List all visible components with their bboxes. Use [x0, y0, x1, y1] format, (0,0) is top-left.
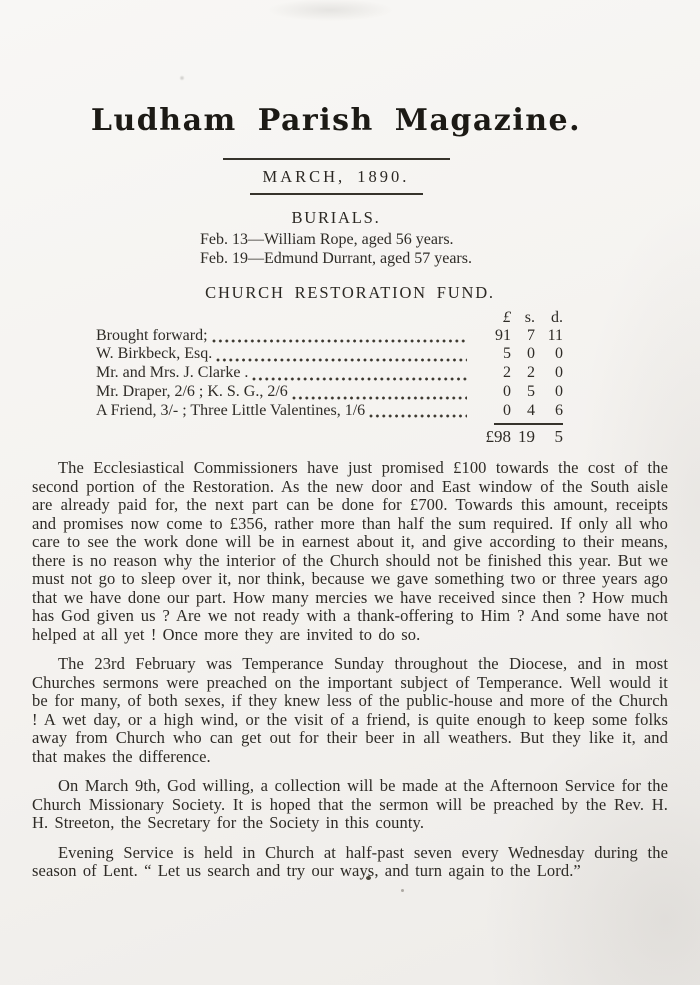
fund-row-pounds: 0 [477, 402, 511, 421]
ink-dot-artifact [366, 876, 371, 880]
fund-row-label: Mr. Draper, 2/6 ; K. S. G., 2/6 [96, 383, 288, 402]
masthead-rule-bottom [250, 193, 423, 195]
fund-row-label: Brought forward; [96, 327, 208, 346]
paragraph-restoration: The Ecclesiastical Commissioners have ju… [32, 459, 668, 644]
fund-table-row: Mr. Draper, 2/6 ; K. S. G., 2/6 0 5 0 [96, 383, 563, 402]
fund-row-shillings: 0 [511, 345, 535, 364]
fund-row-shillings: 7 [511, 327, 535, 346]
restoration-fund-table: £ s. d. Brought forward; 91 7 11 W. Birk… [96, 308, 563, 448]
masthead-rule-top [223, 158, 450, 160]
burial-list: Feb. 13—William Rope, aged 56 years. Feb… [200, 230, 472, 268]
magazine-page: Ludham Parish Magazine. MARCH, 1890. BUR… [0, 0, 700, 985]
column-header-pence: d. [535, 308, 563, 327]
fund-total-pence: 5 [535, 427, 563, 447]
fund-row-shillings: 5 [511, 383, 535, 402]
fund-row-pence: 0 [535, 383, 563, 402]
paragraph-missionary-collection: On March 9th, God willing, a collection … [32, 777, 668, 833]
fund-row-pounds: 91 [477, 327, 511, 346]
column-header-pounds: £ [477, 308, 511, 327]
burial-entry: Feb. 13—William Rope, aged 56 years. [200, 230, 472, 249]
fund-row-label: Mr. and Mrs. J. Clarke . [96, 364, 248, 383]
masthead: Ludham Parish Magazine. MARCH, 1890. [32, 0, 668, 195]
restoration-fund-section: CHURCH RESTORATION FUND. £ s. d. Brought… [32, 283, 668, 448]
fund-row-pence: 11 [535, 327, 563, 346]
fund-row-shillings: 4 [511, 402, 535, 421]
column-header-shillings: s. [511, 308, 535, 327]
fund-row-pence: 0 [535, 364, 563, 383]
fund-total-shillings: 19 [511, 427, 535, 447]
dotted-leader [212, 330, 467, 345]
issue-date: MARCH, 1890. [18, 167, 654, 187]
burial-entry: Feb. 19—Edmund Durrant, aged 57 years. [200, 249, 472, 268]
fund-row-pounds: 2 [477, 364, 511, 383]
fund-table-row: A Friend, 3/- ; Three Little Valentines,… [96, 402, 563, 421]
fund-total-row: £98 19 5 [96, 427, 563, 447]
paragraph-evening-service: Evening Service is held in Church at hal… [32, 844, 668, 881]
paragraph-temperance: The 23rd February was Temperance Sunday … [32, 655, 668, 766]
burials-section: BURIALS. Feb. 13—William Rope, aged 56 y… [18, 208, 654, 268]
page-title: Ludham Parish Magazine. [18, 0, 654, 140]
fund-row-pence: 6 [535, 402, 563, 421]
fund-column-headers: £ s. d. [96, 308, 563, 327]
article-body: The Ecclesiastical Commissioners have ju… [32, 459, 668, 881]
fund-table-row: Mr. and Mrs. J. Clarke . 2 2 0 [96, 364, 563, 383]
fund-table-row: Brought forward; 91 7 11 [96, 327, 563, 346]
fund-row-pence: 0 [535, 345, 563, 364]
total-rule [494, 423, 563, 425]
restoration-fund-heading: CHURCH RESTORATION FUND. [32, 283, 668, 303]
dotted-leader [216, 349, 467, 364]
fund-row-pounds: 5 [477, 345, 511, 364]
fund-row-label: W. Birkbeck, Esq. [96, 345, 212, 364]
fund-total-pounds: £98 [467, 427, 511, 447]
dotted-leader [252, 368, 467, 383]
burials-heading: BURIALS. [18, 208, 654, 228]
fund-row-pounds: 0 [477, 383, 511, 402]
ink-speck-artifact [401, 889, 404, 892]
fund-row-shillings: 2 [511, 364, 535, 383]
dotted-leader [369, 405, 467, 420]
dotted-leader [292, 387, 467, 402]
fund-row-label: A Friend, 3/- ; Three Little Valentines,… [96, 402, 365, 421]
fund-table-row: W. Birkbeck, Esq. 5 0 0 [96, 345, 563, 364]
